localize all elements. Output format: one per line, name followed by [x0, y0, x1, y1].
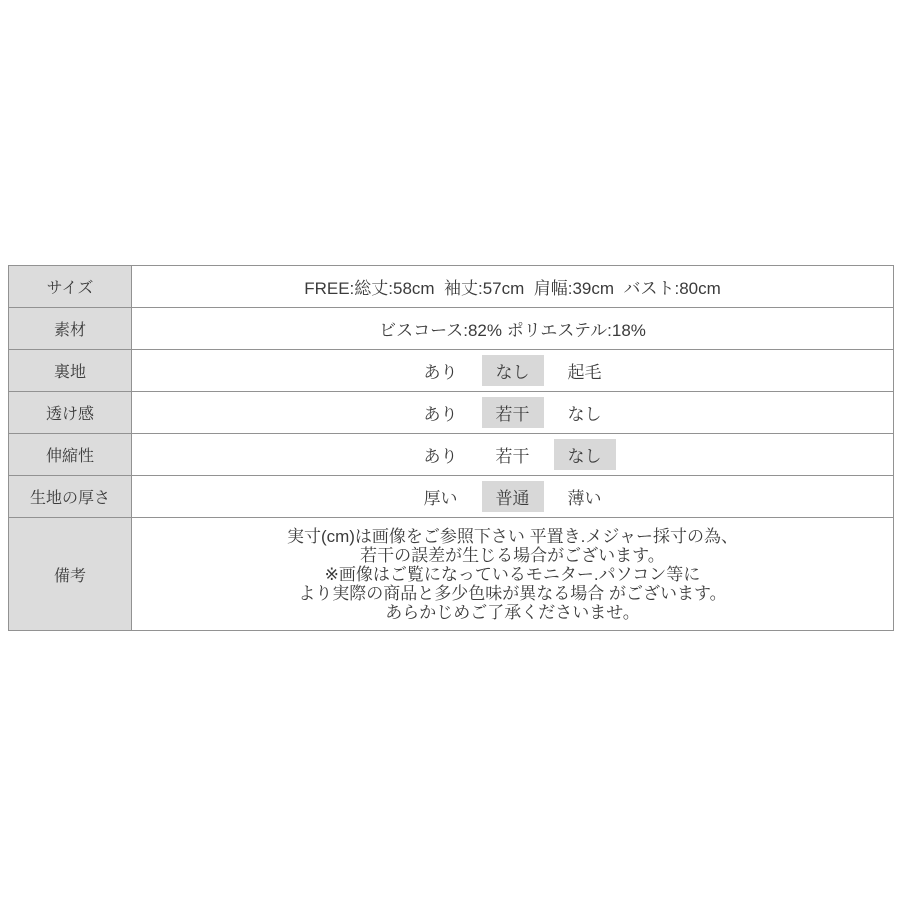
- row-label-lining: 裏地: [9, 350, 132, 392]
- lining-options: あり なし 起毛: [410, 355, 616, 386]
- spec-row-size: サイズ FREE:総丈:58cm 袖丈:57cm 肩幅:39cm バスト:80c…: [9, 266, 894, 308]
- spec-row-thickness: 生地の厚さ 厚い 普通 薄い: [9, 476, 894, 518]
- option-nashi-selected: なし: [554, 439, 616, 470]
- option-jakkan-selected: 若干: [482, 397, 544, 428]
- option-nashi-selected: なし: [482, 355, 544, 386]
- notes-text: 実寸(cm)は画像をご参照下さい 平置き.メジャー採寸の為、 若干の誤差が生じる…: [132, 518, 894, 631]
- stretch-options: あり 若干 なし: [410, 439, 616, 470]
- row-label-material: 素材: [9, 308, 132, 350]
- row-label-thickness: 生地の厚さ: [9, 476, 132, 518]
- row-label-sheerness: 透け感: [9, 392, 132, 434]
- row-label-stretch: 伸縮性: [9, 434, 132, 476]
- option-atsui: 厚い: [410, 481, 472, 512]
- product-spec-table: サイズ FREE:総丈:58cm 袖丈:57cm 肩幅:39cm バスト:80c…: [8, 265, 894, 631]
- row-label-size: サイズ: [9, 266, 132, 308]
- size-value: FREE:総丈:58cm 袖丈:57cm 肩幅:39cm バスト:80cm: [304, 279, 721, 298]
- spec-row-sheerness: 透け感 あり 若干 なし: [9, 392, 894, 434]
- material-value: ビスコース:82% ポリエステル:18%: [379, 321, 646, 340]
- spec-row-stretch: 伸縮性 あり 若干 なし: [9, 434, 894, 476]
- option-nashi: なし: [554, 397, 616, 428]
- option-kimo: 起毛: [554, 355, 616, 386]
- option-usui: 薄い: [554, 481, 616, 512]
- option-ari: あり: [410, 355, 472, 386]
- option-ari: あり: [410, 397, 472, 428]
- notes-line-2: 若干の誤差が生じる場合がございます。: [133, 546, 892, 565]
- spec-row-notes: 備考 実寸(cm)は画像をご参照下さい 平置き.メジャー採寸の為、 若干の誤差が…: [9, 518, 894, 631]
- option-ari: あり: [410, 439, 472, 470]
- spec-row-lining: 裏地 あり なし 起毛: [9, 350, 894, 392]
- option-jakkan: 若干: [482, 439, 544, 470]
- product-spec-page: サイズ FREE:総丈:58cm 袖丈:57cm 肩幅:39cm バスト:80c…: [0, 0, 900, 900]
- notes-line-5: あらかじめご了承くださいませ。: [133, 603, 892, 622]
- row-label-notes: 備考: [9, 518, 132, 631]
- spec-row-material: 素材 ビスコース:82% ポリエステル:18%: [9, 308, 894, 350]
- notes-line-3: ※画像はご覧になっているモニター.パソコン等に: [133, 565, 892, 584]
- sheerness-options: あり 若干 なし: [410, 397, 616, 428]
- option-futsuu-selected: 普通: [482, 481, 544, 512]
- notes-line-4: より実際の商品と多少色味が異なる場合 がございます。: [133, 584, 892, 603]
- thickness-options: 厚い 普通 薄い: [410, 481, 616, 512]
- notes-line-1: 実寸(cm)は画像をご参照下さい 平置き.メジャー採寸の為、: [133, 527, 892, 546]
